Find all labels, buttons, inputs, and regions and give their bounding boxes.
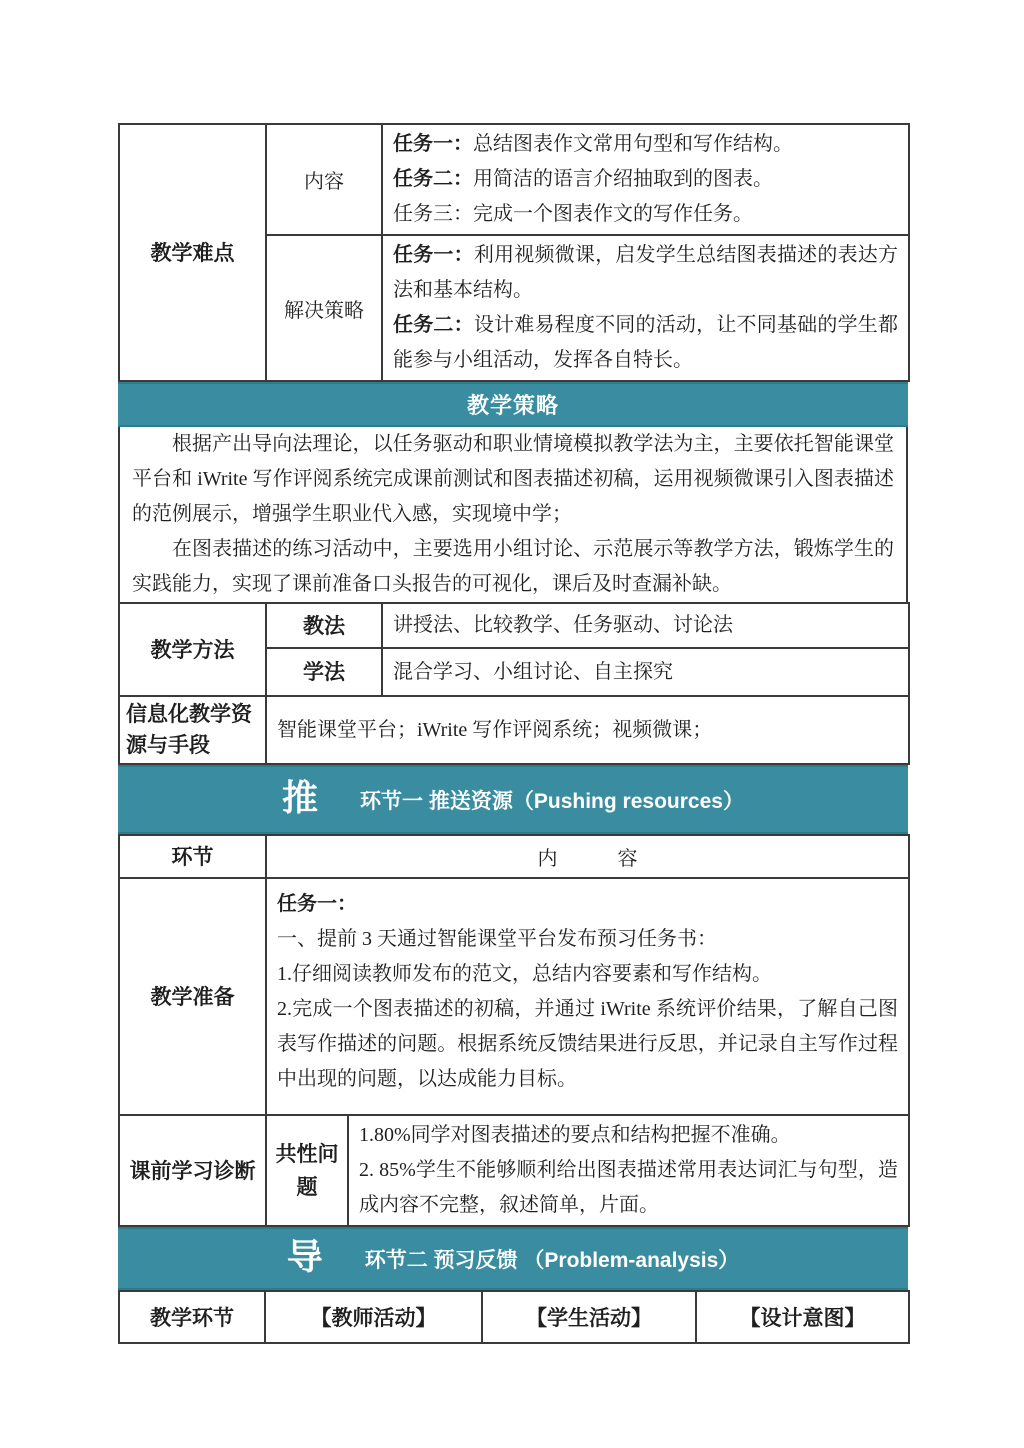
diagnosis-sub-label: 共性问题 [266, 1115, 348, 1226]
solution-task-1: 任务一：利用视频微课，启发学生总结图表描述的表达方法和基本结构。 [393, 238, 898, 308]
preparation-content-cell: 任务一： 一、提前 3 天通过智能课堂平台发布预习任务书： 1.仔细阅读教师发布… [266, 878, 909, 1115]
teaching-strategy-body: 根据产出导向法理论，以任务驱动和职业情境模拟教学法为主，主要依托智能课堂平台和 … [118, 427, 908, 602]
diagnosis-content-cell: 1.80%同学对图表描述的要点和结构把握不准确。 2. 85%学生不能够顺利给出… [348, 1115, 909, 1226]
stage-header-left: 环节 [119, 835, 266, 878]
methods-label: 教学方法 [119, 603, 266, 696]
stage-one-banner-text: 环节一 推送资源（Pushing resources） [360, 785, 744, 815]
difficulty-content-header: 内容 [266, 124, 382, 235]
it-resources-value: 智能课堂平台；iWrite 写作评阅系统；视频微课； [266, 696, 909, 764]
teaching-methods-table: 教学方法 教法 讲授法、比较教学、任务驱动、讨论法 学法 混合学习、小组讨论、自… [118, 602, 910, 765]
content-task-3: 任务三：完成一个图表作文的写作任务。 [393, 197, 898, 232]
content-task-2-prefix: 任务二： [393, 168, 473, 190]
diagnosis-item-2: 2. 85%学生不能够顺利给出图表描述常用表达词汇与句型，造成内容不完整，叙述简… [359, 1153, 898, 1223]
content-task-3-text: 完成一个图表作文的写作任务。 [473, 203, 753, 225]
diagnosis-label: 课前学习诊断 [119, 1115, 266, 1226]
preparation-line-3: 2.完成一个图表描述的初稿，并通过 iWrite 系统评价结果，了解自己图表写作… [277, 992, 898, 1097]
content-task-2-text: 用简洁的语言介绍抽取到的图表。 [473, 168, 773, 190]
content-task-1-prefix: 任务一： [393, 133, 473, 155]
learning-method-value: 混合学习、小组讨论、自主探究 [382, 648, 909, 696]
difficulty-label: 教学难点 [119, 124, 266, 381]
solution-task-1-prefix: 任务一： [393, 244, 474, 266]
teaching-strategy-banner: 教学策略 [118, 382, 908, 427]
content-task-1: 任务一：总结图表作文常用句型和写作结构。 [393, 127, 898, 162]
content-task-2: 任务二：用简洁的语言介绍抽取到的图表。 [393, 162, 898, 197]
preparation-line-2: 1.仔细阅读教师发布的范文，总结内容要素和写作结构。 [277, 957, 898, 992]
strategy-paragraph-2: 在图表描述的练习活动中，主要选用小组讨论、示范展示等教学方法，锻炼学生的实践能力… [132, 532, 894, 602]
content-task-1-text: 总结图表作文常用句型和写作结构。 [473, 133, 793, 155]
lesson-plan-document: 教学难点 内容 任务一：总结图表作文常用句型和写作结构。 任务二：用简洁的语言介… [118, 123, 908, 1344]
activities-col-teacher: 【教师活动】 [265, 1291, 482, 1343]
stage-one-table: 环节 内 容 教学准备 任务一： 一、提前 3 天通过智能课堂平台发布预习任务书… [118, 834, 910, 1227]
lesson-plan-page: 教学难点 内容 任务一：总结图表作文常用句型和写作结构。 任务二：用简洁的语言介… [0, 0, 1024, 1448]
push-icon-character: 推 [282, 780, 318, 816]
teaching-method-header: 教法 [266, 603, 382, 648]
preparation-line-1: 一、提前 3 天通过智能课堂平台发布预习任务书： [277, 922, 898, 957]
teaching-difficulty-table: 教学难点 内容 任务一：总结图表作文常用句型和写作结构。 任务二：用简洁的语言介… [118, 123, 910, 382]
stage-header-right: 内 容 [266, 835, 909, 878]
solution-task-2-prefix: 任务二： [393, 314, 474, 336]
content-task-3-prefix: 任务三： [393, 203, 473, 225]
preparation-task-title: 任务一： [277, 887, 898, 922]
guide-icon-character: 导 [287, 1239, 323, 1275]
teaching-method-value: 讲授法、比较教学、任务驱动、讨论法 [382, 603, 909, 648]
diagnosis-item-1: 1.80%同学对图表描述的要点和结构把握不准确。 [359, 1118, 898, 1153]
difficulty-solution-header: 解决策略 [266, 235, 382, 381]
activities-col-stage: 教学环节 [119, 1291, 265, 1343]
difficulty-content-cell: 任务一：总结图表作文常用句型和写作结构。 任务二：用简洁的语言介绍抽取到的图表。… [382, 124, 909, 235]
activities-header-table: 教学环节 【教师活动】 【学生活动】 【设计意图】 [118, 1290, 910, 1344]
difficulty-solution-cell: 任务一：利用视频微课，启发学生总结图表描述的表达方法和基本结构。 任务二：设计难… [382, 235, 909, 381]
solution-task-2: 任务二：设计难易程度不同的活动，让不同基础的学生都能参与小组活动，发挥各自特长。 [393, 308, 898, 378]
stage-one-banner: 推 环节一 推送资源（Pushing resources） [118, 765, 908, 834]
teaching-strategy-banner-title: 教学策略 [467, 389, 559, 420]
preparation-label: 教学准备 [119, 878, 266, 1115]
activities-col-design: 【设计意图】 [696, 1291, 909, 1343]
strategy-paragraph-1: 根据产出导向法理论，以任务驱动和职业情境模拟教学法为主，主要依托智能课堂平台和 … [132, 427, 894, 532]
learning-method-header: 学法 [266, 648, 382, 696]
activities-col-student: 【学生活动】 [482, 1291, 696, 1343]
stage-two-banner: 导 环节二 预习反馈 （Problem-analysis） [118, 1227, 908, 1290]
stage-two-banner-text: 环节二 预习反馈 （Problem-analysis） [365, 1244, 740, 1274]
it-resources-label: 信息化教学资源与手段 [119, 696, 266, 764]
